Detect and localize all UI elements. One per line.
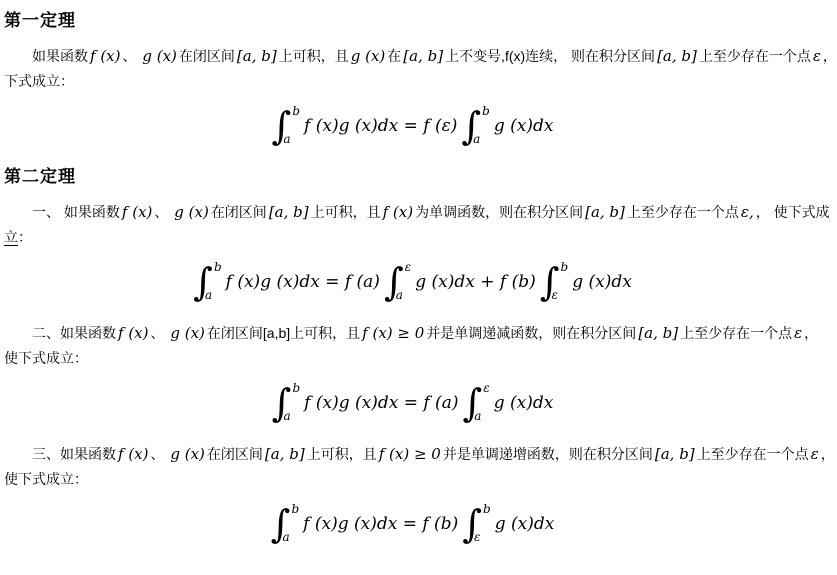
text-run: 上可积，且: [311, 204, 381, 220]
integral-lower-limit: a: [283, 133, 300, 145]
formula-text: g (x)dx: [569, 272, 635, 292]
text-run: 上至少存在一个点: [699, 48, 811, 64]
math-run: [a, b]: [583, 203, 627, 221]
text-run: 并是单调递减函数，则在积分区间: [426, 325, 636, 341]
text-run: 上可积，且: [307, 446, 377, 462]
text-run: 在闭区间[a,b]上可积，且: [207, 325, 360, 341]
text-run: 、: [150, 325, 168, 341]
text-run: ，: [821, 446, 835, 462]
paragraph: 如果函数f (x)、 g (x)在闭区间[a, b]上可积，且g (x)在[a,…: [4, 44, 823, 94]
math-run: g (x): [349, 47, 388, 65]
paragraph-line: 使下式成立：: [4, 346, 823, 371]
integral-lower-limit: a: [205, 289, 222, 301]
integral-upper-limit: b: [561, 261, 569, 273]
text-run: 二、如果函数: [32, 325, 116, 341]
formula-text: g (x)dx: [491, 393, 557, 413]
math-run: ε: [809, 445, 821, 463]
math-formula: ∫baf (x)g (x)dx = f (b)∫bεg (x)dx: [4, 497, 823, 551]
integral-limits: bε: [560, 257, 569, 307]
integral-lower-limit: a: [282, 531, 299, 543]
text-run: 在闭区间: [179, 48, 235, 64]
formula-text: f (x)g (x)dx = f (a): [301, 393, 461, 413]
text-run: ：: [18, 229, 32, 245]
text-run: 在闭区间: [211, 204, 267, 220]
integral-lower-limit: a: [474, 410, 489, 422]
text-run: 、: [122, 48, 140, 64]
paragraph-line: 下式成立：: [4, 69, 823, 94]
math-formula: ∫baf (x)g (x)dx = f (a)∫εag (x)dx + f (b…: [4, 255, 823, 309]
math-run: [a, b]: [636, 324, 680, 342]
integral-lower-limit: ε: [552, 289, 569, 301]
integral-sign: ∫ba: [461, 101, 490, 151]
text-run: 上可积，且: [279, 48, 349, 64]
text-run: 、: [154, 204, 172, 220]
text-run: 如果函数: [32, 48, 88, 64]
math-formula: ∫baf (x)g (x)dx = f (a)∫εag (x)dx: [4, 376, 823, 430]
integral-limits: εa: [482, 378, 489, 428]
paragraph-line: 三、如果函数f (x)、 g (x)在闭区间[a, b]上可积，且f (x) ≥…: [4, 442, 823, 467]
integral-sign: ∫ba: [272, 378, 301, 428]
text-run: 使下式成立：: [4, 350, 88, 366]
paragraph-line: 一、 如果函数f (x)、 g (x)在闭区间[a, b]上可积，且f (x)为…: [4, 200, 823, 225]
text-run: ，: [804, 325, 818, 341]
integral-lower-limit: a: [396, 289, 411, 301]
math-run: f (x): [381, 203, 415, 221]
paragraph: 三、如果函数f (x)、 g (x)在闭区间[a, b]上可积，且f (x) ≥…: [4, 442, 823, 492]
text-run: 使下式成立：: [4, 471, 88, 487]
math-run: [a, b]: [263, 445, 307, 463]
text-run: 上至少存在一个点: [627, 204, 739, 220]
math-run: [a, b]: [653, 445, 697, 463]
math-run: g (x): [168, 324, 207, 342]
math-run: f (x) ≥ 0: [360, 324, 426, 342]
integral-upper-limit: b: [292, 105, 300, 117]
text-run: 立: [4, 229, 18, 245]
math-run: [a, b]: [267, 203, 311, 221]
paragraph-line: 使下式成立：: [4, 467, 823, 492]
text-run: 上至少存在一个点: [697, 446, 809, 462]
math-run: ε,: [739, 203, 756, 221]
text-run: 上至少存在一个点: [680, 325, 792, 341]
math-run: ε: [811, 47, 823, 65]
math-run: f (x): [88, 47, 122, 65]
formula-text: g (x)dx: [491, 116, 557, 136]
math-run: [a, b]: [235, 47, 279, 65]
integral-sign: ∫ba: [272, 101, 301, 151]
math-run: f (x): [116, 324, 150, 342]
math-run: f (x): [120, 203, 154, 221]
math-formula: ∫baf (x)g (x)dx = f (ε)∫bag (x)dx: [4, 99, 823, 153]
formula-text: f (x)g (x)dx = f (b): [300, 514, 461, 534]
integral-upper-limit: b: [482, 105, 490, 117]
text-run: 并是单调递增函数，则在积分区间: [443, 446, 653, 462]
integral-sign: ∫ba: [193, 257, 222, 307]
section-heading: 第一定理: [4, 10, 823, 32]
integral-limits: bε: [482, 499, 491, 549]
text-run: ， 使下式成: [756, 204, 830, 220]
text-run: 上不变号,f(x)连续， 则在积分区间: [445, 48, 655, 64]
text-run: 一、 如果函数: [32, 204, 120, 220]
integral-upper-limit: ε: [483, 382, 489, 394]
math-run: g (x): [140, 47, 179, 65]
integral-sign: ∫bε: [462, 499, 491, 549]
integral-limits: ba: [290, 499, 299, 549]
paragraph: 二、如果函数f (x)、 g (x)在闭区间[a,b]上可积，且f (x) ≥ …: [4, 321, 823, 371]
integral-upper-limit: b: [292, 382, 300, 394]
integral-limits: ba: [213, 257, 222, 307]
integral-lower-limit: ε: [474, 531, 491, 543]
integral-upper-limit: b: [291, 503, 299, 515]
math-run: f (x): [116, 445, 150, 463]
document-body: { "document": { "background_color": "#ff…: [0, 0, 837, 575]
text-run: 下式成立：: [4, 73, 74, 89]
text-run: 为单调函数，则在积分区间: [415, 204, 583, 220]
text-run: 在: [387, 48, 401, 64]
paragraph: 一、 如果函数f (x)、 g (x)在闭区间[a, b]上可积，且f (x)为…: [4, 200, 823, 250]
integral-upper-limit: b: [483, 503, 491, 515]
integral-sign: ∫ba: [271, 499, 300, 549]
section-heading: 第二定理: [4, 166, 823, 188]
formula-text: g (x)dx + f (b): [412, 272, 539, 292]
integral-upper-limit: b: [214, 261, 222, 273]
formula-text: f (x)g (x)dx = f (a): [223, 272, 383, 292]
document-page: 第一定理如果函数f (x)、 g (x)在闭区间[a, b]上可积，且g (x)…: [0, 0, 837, 551]
math-run: g (x): [172, 203, 211, 221]
paragraph-line: 立：: [4, 225, 823, 250]
integral-limits: ba: [291, 378, 300, 428]
paragraph-line: 如果函数f (x)、 g (x)在闭区间[a, b]上可积，且g (x)在[a,…: [4, 44, 823, 69]
integral-lower-limit: a: [283, 410, 300, 422]
integral-limits: ba: [291, 101, 300, 151]
integral-upper-limit: ε: [405, 261, 411, 273]
text-run: 在闭区间: [207, 446, 263, 462]
integral-sign: ∫εa: [384, 257, 411, 307]
formula-text: f (x)g (x)dx = f (ε): [301, 116, 460, 136]
integral-limits: εa: [404, 257, 411, 307]
text-run: 、: [150, 446, 168, 462]
math-run: [a, b]: [655, 47, 699, 65]
integral-limits: ba: [481, 101, 490, 151]
math-run: ε: [792, 324, 804, 342]
integral-lower-limit: a: [473, 133, 490, 145]
formula-text: g (x)dx: [492, 514, 558, 534]
integral-sign: ∫bε: [540, 257, 569, 307]
integral-sign: ∫εa: [462, 378, 489, 428]
text-run: ， 使: [823, 48, 837, 64]
text-run: 三、如果函数: [32, 446, 116, 462]
math-run: f (x) ≥ 0: [377, 445, 443, 463]
math-run: [a, b]: [401, 47, 445, 65]
paragraph-line: 二、如果函数f (x)、 g (x)在闭区间[a,b]上可积，且f (x) ≥ …: [4, 321, 823, 346]
math-run: g (x): [168, 445, 207, 463]
